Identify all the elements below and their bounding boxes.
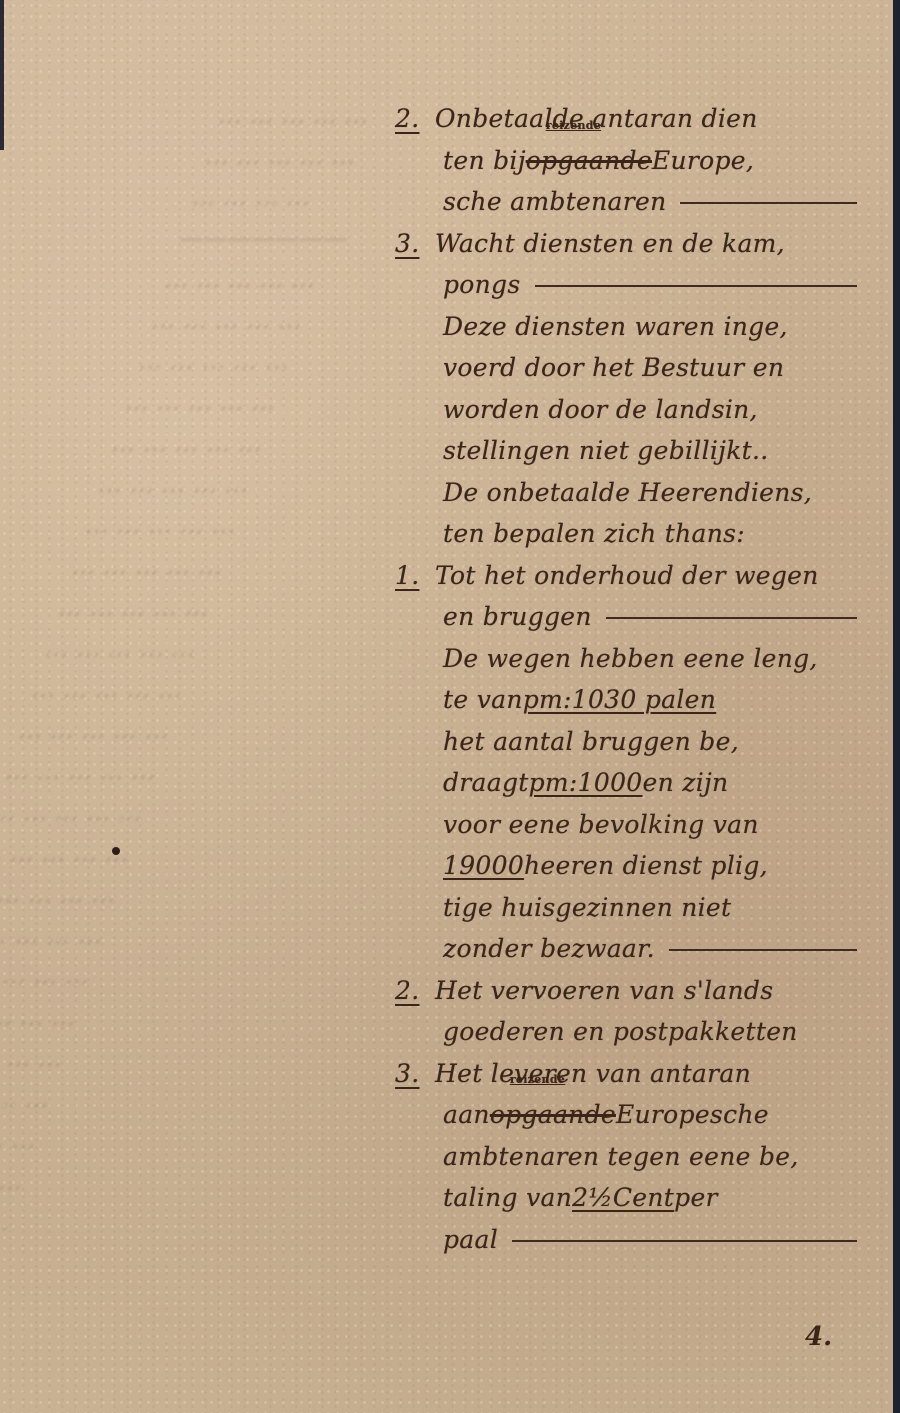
line-filler-rule <box>535 285 858 287</box>
text-line: 19000 heeren dienst plig, <box>395 845 885 887</box>
text-line: 2. Het vervoeren van s'lands <box>395 970 885 1012</box>
text-line: ambtenaren tegen eene be, <box>395 1136 885 1178</box>
inserted-word: reizende <box>510 1074 565 1086</box>
line-text: De onbetaalde Heerendiens, <box>443 472 812 514</box>
line-text: Europe, <box>652 140 754 182</box>
line-text: Deze diensten waren inge, <box>443 306 788 348</box>
line-text: Europesche <box>616 1094 769 1136</box>
line-text: en zijn <box>643 762 729 804</box>
bleed-line: … … … … … <box>40 628 453 669</box>
line-text: ambtenaren tegen eene be, <box>443 1136 799 1178</box>
line-text: aan <box>443 1094 490 1136</box>
bleed-line: … … … … … <box>0 792 400 833</box>
item-number: 2. <box>395 98 435 140</box>
correction: opgaande reizende <box>490 1094 616 1136</box>
ink-spot <box>112 847 120 855</box>
line-text: per <box>674 1177 718 1219</box>
text-line: aan opgaande reizende Europesche <box>395 1094 885 1136</box>
bleed-line: … … … … … <box>0 956 347 997</box>
bleed-line: … … … … … <box>0 751 413 792</box>
text-line: 1. Tot het onderhoud der wegen <box>395 555 885 597</box>
text-line: voerd door het Bestuur en <box>395 347 885 389</box>
text-line: tige huisgezinnen niet <box>395 887 885 929</box>
bleed-line: … … … … … <box>0 1120 293 1161</box>
line-text: voor eene bevolking van <box>443 804 759 846</box>
underlined-value: 1030 palen <box>572 679 716 721</box>
text-line: voor eene bevolking van <box>395 804 885 846</box>
line-text: Het leveren van antaran <box>435 1053 751 1095</box>
line-text: ten bij <box>443 140 526 182</box>
underlined-value: 2½ <box>572 1177 613 1219</box>
line-filler-rule <box>512 1240 857 1242</box>
line-text: Tot het onderhoud der wegen <box>435 555 819 597</box>
text-line: 3. Wacht diensten en de kam, <box>395 223 885 265</box>
struck-word: opgaande <box>490 1100 616 1129</box>
line-text: draagt <box>443 762 529 804</box>
line-text: worden door de landsin, <box>443 389 758 431</box>
text-line: 2. Onbetaalde antaran dien <box>395 98 885 140</box>
underlined-value: 1000 <box>578 762 643 804</box>
bleed-line: … … … … … <box>0 1161 280 1202</box>
text-line: sche ambtenaren <box>395 181 885 223</box>
text-line: ten bij opgaande reizende Europe, <box>395 140 885 182</box>
bleed-line: … … … … … <box>0 833 387 874</box>
text-line: zonder bezwaar. <box>395 928 885 970</box>
bleed-line: … … … … … <box>0 874 373 915</box>
line-text: zonder bezwaar. <box>443 928 655 970</box>
page-number: 4. <box>805 1322 832 1352</box>
text-line: worden door de landsin, <box>395 389 885 431</box>
text-line: te van pm: 1030 palen <box>395 679 885 721</box>
bleed-line: … … … … … <box>13 710 426 751</box>
line-filler-rule <box>606 617 857 619</box>
line-text: pongs <box>443 264 521 306</box>
text-line: De wegen hebben eene leng, <box>395 638 885 680</box>
line-text: te van <box>443 679 523 721</box>
text-line: ten bepalen zich thans: <box>395 513 885 555</box>
line-text: stellingen niet gebillijkt.. <box>443 430 769 472</box>
text-line: taling van 2½ Cent per <box>395 1177 885 1219</box>
bleed-line: … … … … … <box>0 1202 267 1243</box>
line-text: heeren dienst plig, <box>524 845 768 887</box>
item-number: 2. <box>395 970 435 1012</box>
line-text: sche ambtenaren <box>443 181 666 223</box>
underlined-unit: Cent <box>613 1177 674 1219</box>
handwritten-text-column: 2. Onbetaalde antaran dien ten bij opgaa… <box>395 98 885 1260</box>
underlined-abbrev: pm: <box>529 762 578 804</box>
text-line: draagt pm: 1000 en zijn <box>395 762 885 804</box>
bleed-line: … … … … … <box>0 1079 307 1120</box>
line-text: het aantal bruggen be, <box>443 721 739 763</box>
text-line: en bruggen <box>395 596 885 638</box>
text-line: stellingen niet gebillijkt.. <box>395 430 885 472</box>
text-line: Deze diensten waren inge, <box>395 306 885 348</box>
underlined-abbrev: pm: <box>523 679 572 721</box>
text-line: het aantal bruggen be, <box>395 721 885 763</box>
item-number: 3. <box>395 223 435 265</box>
bleed-line: … … … … … <box>26 669 439 710</box>
text-line: pongs <box>395 264 885 306</box>
item-number: 1. <box>395 555 435 597</box>
text-line: goederen en postpakketten <box>395 1011 885 1053</box>
bleed-line: … … … … … <box>0 1243 253 1284</box>
text-line: De onbetaalde Heerendiens, <box>395 472 885 514</box>
line-text: en bruggen <box>443 596 592 638</box>
line-text: ten bepalen zich thans: <box>443 513 745 555</box>
bleed-line: … … … … … <box>0 915 360 956</box>
line-text: tige huisgezinnen niet <box>443 887 731 929</box>
bleed-line: … … … … … <box>0 997 333 1038</box>
bleed-line: … … … … … <box>0 1284 240 1325</box>
manuscript-page: … … … … …… … … … …… … … …———————… … … … … <box>0 0 893 1413</box>
page-edge-shadow <box>0 0 4 150</box>
item-number: 3. <box>395 1053 435 1095</box>
line-text: Wacht diensten en de kam, <box>435 223 785 265</box>
line-text: goederen en postpakketten <box>443 1011 798 1053</box>
underlined-value: 19000 <box>443 845 524 887</box>
inserted-word: reizende <box>546 120 601 132</box>
line-text: paal <box>443 1219 498 1261</box>
line-text: voerd door het Bestuur en <box>443 347 784 389</box>
text-line: paal <box>395 1219 885 1261</box>
line-text: De wegen hebben eene leng, <box>443 638 818 680</box>
line-text: taling van <box>443 1177 572 1219</box>
text-line: 3. Het leveren van antaran <box>395 1053 885 1095</box>
struck-word: opgaande <box>526 146 652 175</box>
line-text: Het vervoeren van s'lands <box>435 970 773 1012</box>
line-filler-rule <box>680 202 857 204</box>
bleed-line: … … … … … <box>0 1038 320 1079</box>
correction: opgaande reizende <box>526 140 652 182</box>
line-filler-rule <box>669 949 857 951</box>
